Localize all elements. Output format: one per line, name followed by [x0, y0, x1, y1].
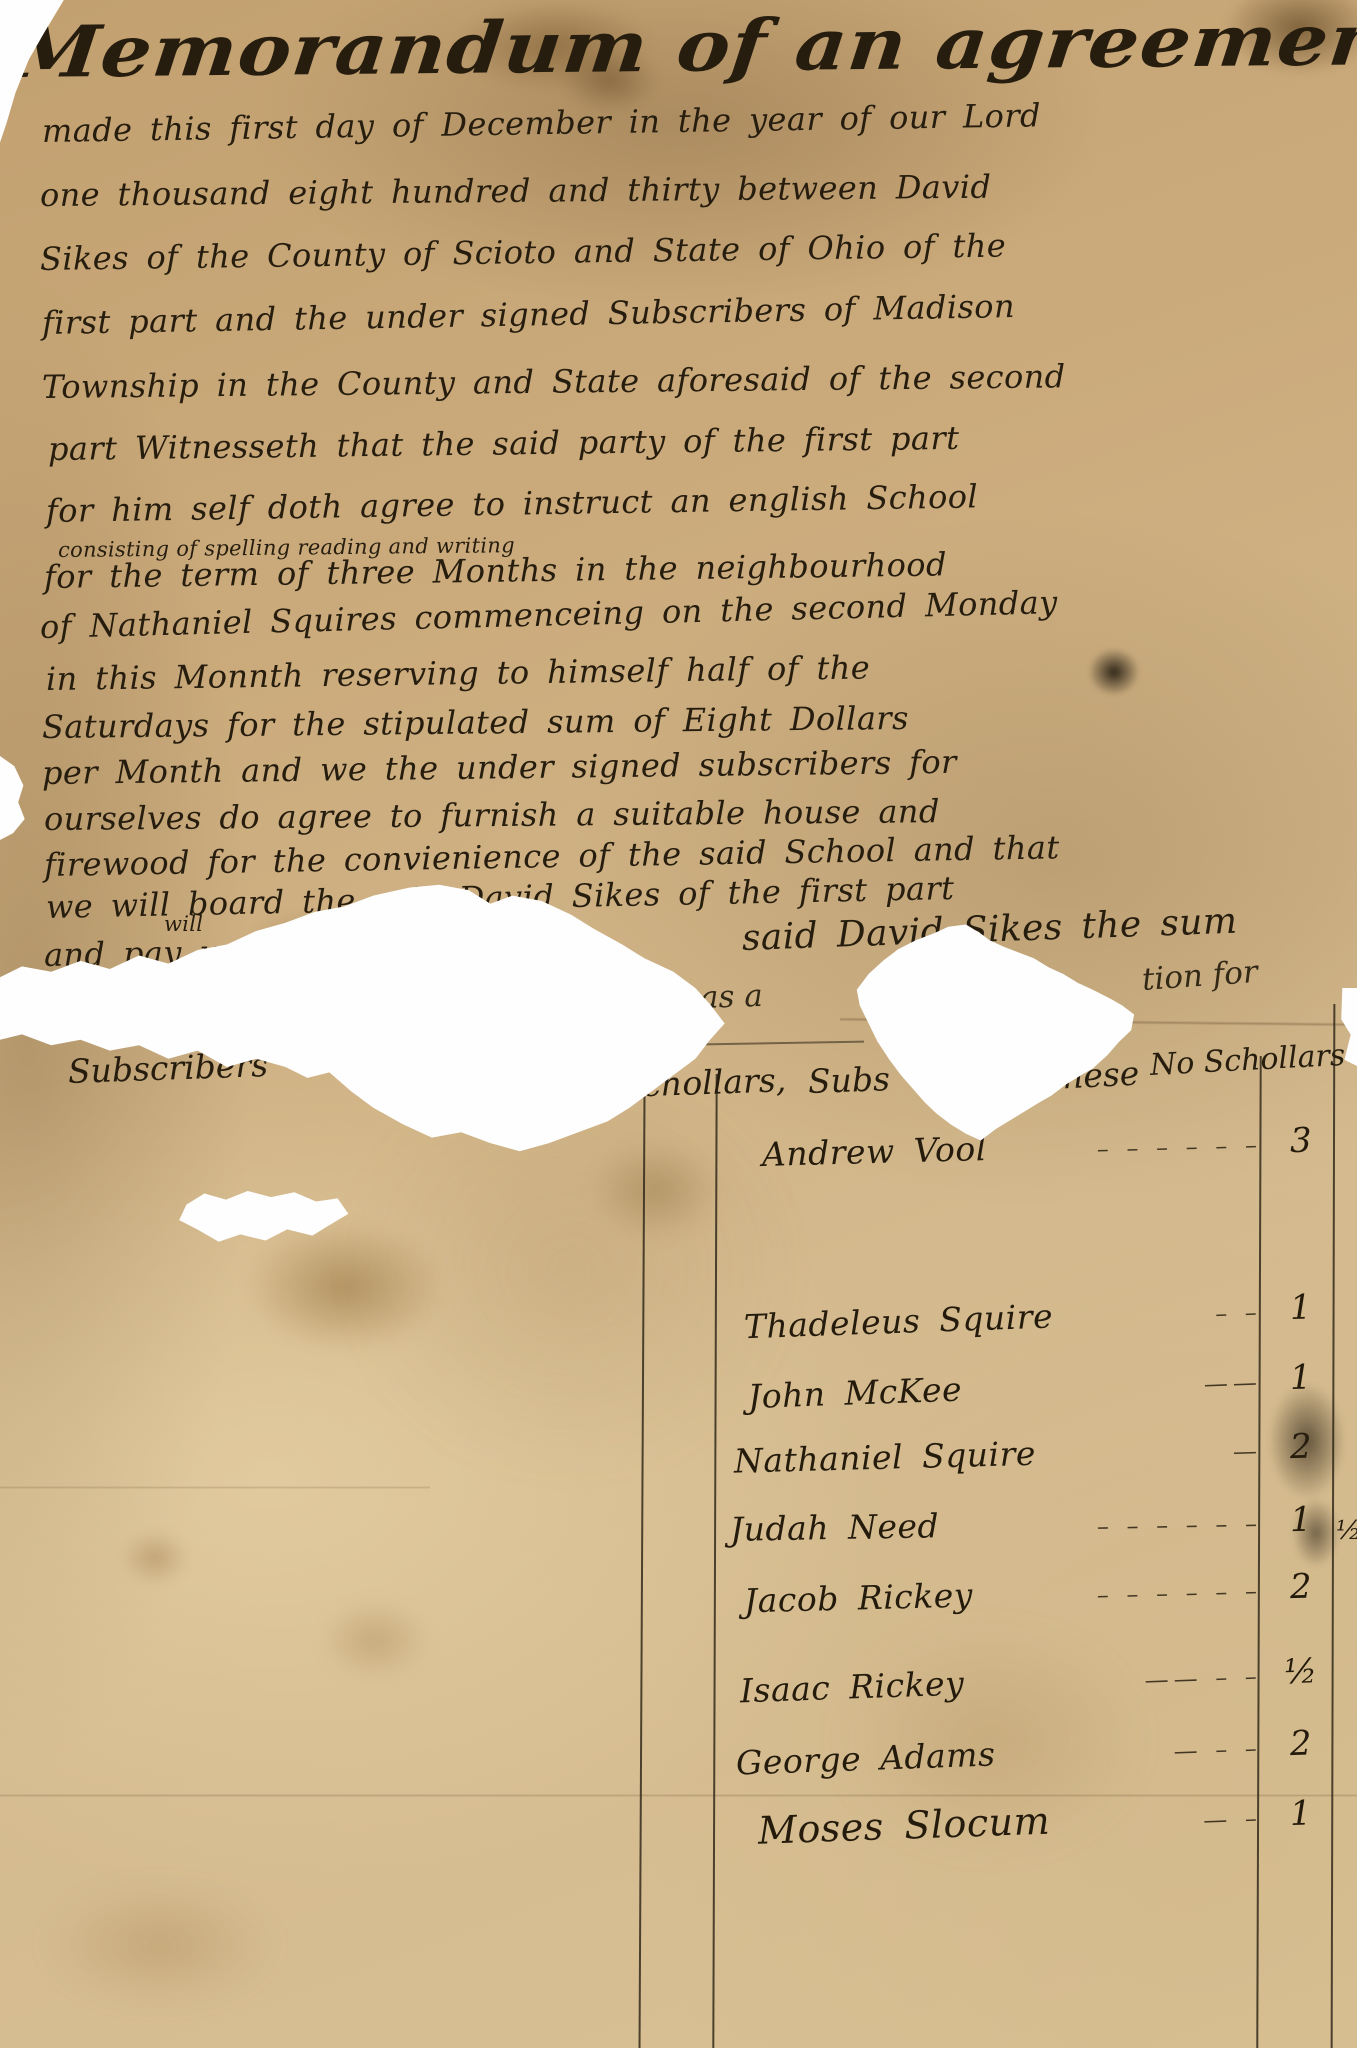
- subscriber-name: Nathaniel Squire: [721, 1434, 1036, 1481]
- subscriber-row: John McKee —— 1: [721, 1357, 1334, 1418]
- ink-blot: [1088, 648, 1140, 696]
- half-mark: ½: [1336, 1516, 1357, 1546]
- crease-line: [0, 1486, 430, 1489]
- scholar-count: 1: [1267, 1793, 1334, 1835]
- subscriber-row: Moses Slocum — – 1: [721, 1789, 1334, 1854]
- body-line: per Month and we the under signed subscr…: [42, 743, 957, 792]
- body-line: Township in the County and State aforesa…: [42, 357, 1066, 406]
- scholar-count: 1: [1267, 1357, 1334, 1399]
- subscriber-row: Nathaniel Squire — 2: [721, 1426, 1334, 1482]
- torn-notch-bottom-left: [172, 1186, 352, 1248]
- leader-dashes: —: [1036, 1437, 1269, 1471]
- subscriber-row: George Adams — – – 2: [721, 1723, 1334, 1784]
- subscriber-name: Andrew Vool: [721, 1129, 987, 1175]
- stain: [40, 1880, 280, 2010]
- body-line: Sikes of the County of Scioto and State …: [40, 227, 1007, 278]
- leader-dashes: — –: [1050, 1804, 1269, 1840]
- subscriber-name: Isaac Rickey: [721, 1664, 965, 1711]
- scholar-count: 3: [1267, 1120, 1334, 1162]
- table-column-rule: [639, 1096, 646, 2048]
- scanned-document: Memorandum of an agreement made this fir…: [0, 0, 1357, 2048]
- leader-dashes: – – – – – –: [986, 1131, 1268, 1166]
- subscriber-row: Andrew Vool – – – – – – 3: [721, 1120, 1334, 1176]
- subscriber-name: Moses Slocum: [721, 1799, 1051, 1854]
- fragment-tion: tion for: [1141, 954, 1259, 998]
- table-header-subs: Subs: [807, 1059, 890, 1101]
- scholar-count: 2: [1267, 1723, 1334, 1765]
- stain: [120, 1530, 190, 1586]
- scholar-count: 2: [1267, 1566, 1334, 1608]
- subscriber-row: Judah Need – – – – – – 1: [722, 1499, 1335, 1550]
- scholar-count: 1: [1268, 1499, 1335, 1540]
- subscriber-row: Jacob Rickey – – – – – – 2: [721, 1566, 1334, 1622]
- subscriber-name: Judah Need: [722, 1506, 940, 1549]
- scholar-count: ½: [1267, 1651, 1334, 1693]
- subscriber-name: Thadeleus Squire: [721, 1296, 1053, 1347]
- subscriber-row: Thadeleus Squire – – 1: [721, 1287, 1334, 1348]
- leader-dashes: ——: [962, 1368, 1269, 1407]
- body-line: first part and the under signed Subscrib…: [42, 287, 1016, 342]
- body-line: Saturdays for the stipulated sum of Eigh…: [42, 699, 909, 746]
- leader-dashes: – – – – – –: [939, 1509, 1268, 1543]
- subscriber-row: Isaac Rickey —— – – ½: [721, 1651, 1334, 1712]
- stain: [320, 1600, 430, 1680]
- leader-dashes: – – – – – –: [973, 1577, 1269, 1613]
- table-column-rule: [1256, 1056, 1261, 2048]
- body-line: part Witnesseth that the said party of t…: [48, 419, 960, 468]
- body-line: one thousand eight hundred and thirty be…: [40, 168, 992, 214]
- table-column-rule: [712, 1074, 717, 2048]
- subscriber-name: George Adams: [721, 1734, 996, 1783]
- scholar-count: 1: [1267, 1287, 1334, 1329]
- document-title: Memorandum of an agreement: [8, 0, 1357, 94]
- body-line: ourselves do agree to furnish a suitable…: [44, 792, 940, 838]
- stain: [590, 1140, 720, 1240]
- leader-dashes: —— – –: [964, 1662, 1268, 1701]
- torn-sliver-left-edge: [0, 756, 26, 840]
- scholar-count: 2: [1267, 1426, 1334, 1468]
- table-header-rule: [704, 1041, 864, 1046]
- stain: [245, 1222, 445, 1352]
- body-line: made this first day of December in the y…: [42, 96, 1041, 150]
- body-line: in this Monnth reserving to himself half…: [46, 648, 871, 698]
- table-header-no-schollars: No Schollars: [1149, 1038, 1346, 1083]
- subscriber-name: John McKee: [721, 1370, 962, 1417]
- subscriber-name: Jacob Rickey: [721, 1575, 973, 1621]
- leader-dashes: – –: [1053, 1298, 1269, 1333]
- leader-dashes: — – –: [995, 1734, 1268, 1771]
- body-line: for him self doth agree to instruct an e…: [46, 477, 979, 530]
